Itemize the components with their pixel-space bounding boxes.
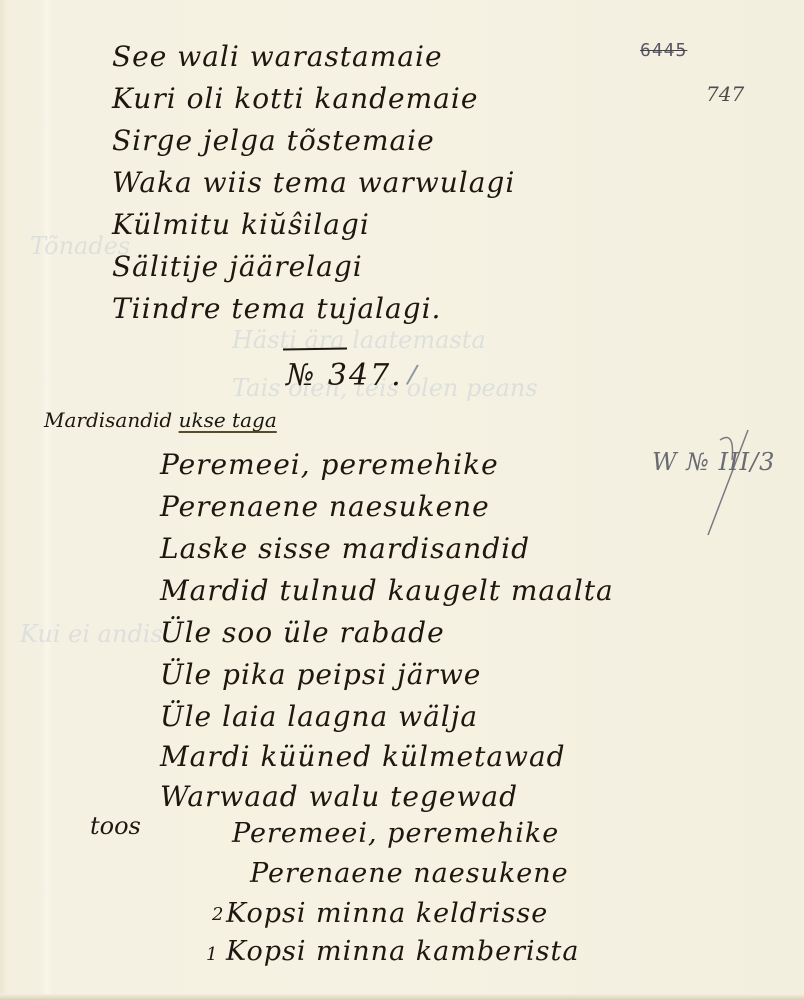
numbered-verse-line: Kopsi minna kamberista [226, 936, 579, 967]
page-number: 747 [706, 82, 744, 106]
pencil-annotation-strokes [640, 420, 780, 540]
manuscript-page: Tõnades Hästi ära laatemasta Tais olen, … [0, 0, 804, 1000]
verse-line: Kuri oli kotti kandemaie [112, 82, 478, 115]
bleed-through-text: Kui ei andis [20, 620, 163, 648]
verse-line: Sirge jelga tõstemaie [112, 124, 435, 157]
paper-bottom-edge [0, 994, 804, 1000]
subtitle-main: Mardisandid [44, 408, 172, 432]
subtitle-underlined: ukse taga [179, 408, 277, 432]
song-subtitle: Mardisandid ukse taga [44, 408, 277, 432]
verse-line: Laske sisse mardisandid [160, 532, 530, 565]
refrain-line: Perenaene naesukene [250, 858, 569, 889]
verse-line: Mardi küüned külmetawad [160, 740, 566, 773]
refrain-label: toos [90, 812, 141, 840]
verse-line: Warwaad walu tegewad [160, 780, 518, 813]
line-number: 1 [206, 944, 217, 965]
verse-line: Peremeei, peremehike [160, 448, 499, 481]
bleed-through-text: Hästi ära laatemasta [232, 326, 486, 354]
verse-line: See wali warastamaie [112, 40, 443, 73]
verse-line: Perenaene naesukene [160, 490, 490, 523]
refrain-line: Peremeei, peremehike [232, 818, 559, 849]
verse-line: Mardid tulnud kaugelt maalta [160, 574, 614, 607]
verse-line: Üle laia laagna wälja [160, 700, 478, 733]
verse-line: Sälitije jäärelagi [112, 250, 363, 283]
line-number: 2 [212, 904, 223, 925]
numbered-verse-line: Kopsi minna keldrisse [226, 898, 548, 929]
paper-fold [42, 0, 52, 1000]
verse-line: Tiindre tema tujalagi. [112, 292, 441, 325]
archive-number-crossed: 6445 [640, 40, 687, 61]
pencil-annotation: W № III/3 [652, 448, 775, 476]
verse-line: Üle soo üle rabade [160, 616, 445, 649]
verse-line: Külmitu kiŭŝilagi [112, 208, 370, 241]
song-number: № 347. [286, 358, 403, 393]
verse-line: Üle pika peipsi järwe [160, 658, 481, 691]
verse-line: Waka wiis tema warwulagi [112, 166, 515, 199]
